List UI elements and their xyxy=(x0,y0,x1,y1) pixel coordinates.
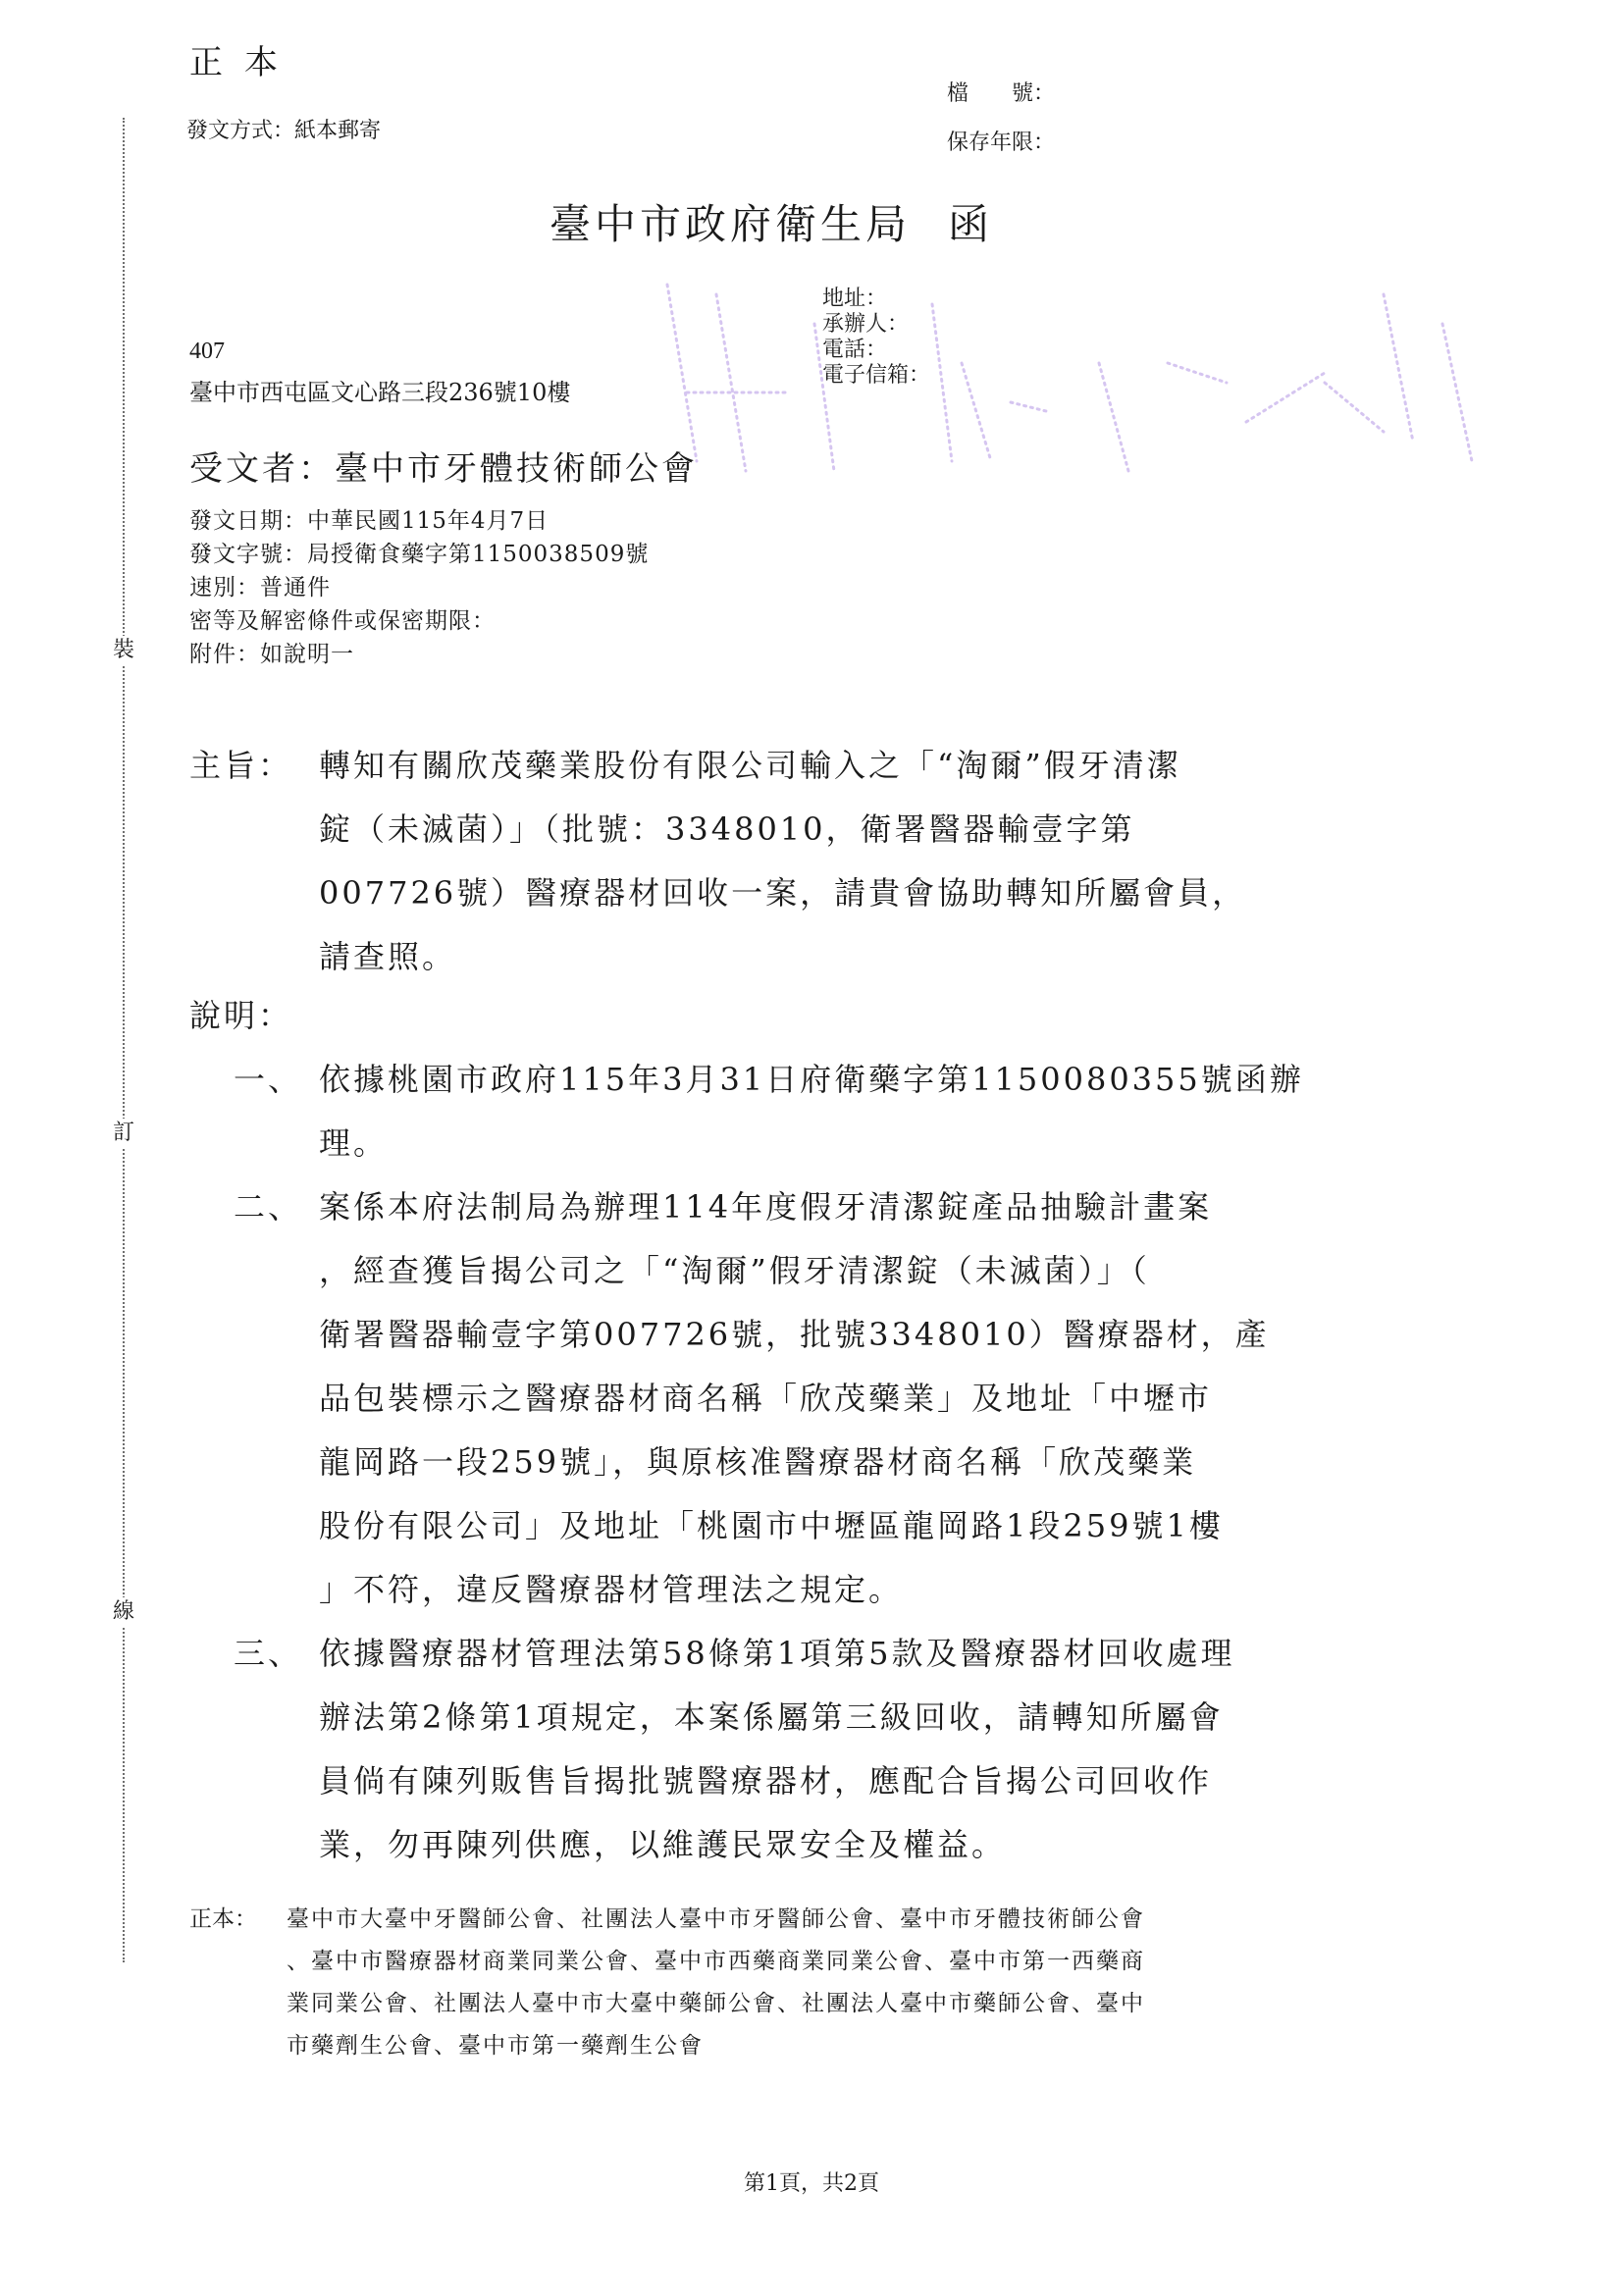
explanation-line: 員倘有陳列販售旨揭批號醫療器材，應配合旨揭公司回收作 xyxy=(319,1756,1212,1801)
explanation-line: 龍岡路一段259號」，與原核准醫療器材商名稱「欣茂藥業 xyxy=(319,1437,1196,1483)
contact-address-label: 地址： xyxy=(822,287,930,312)
issue-date: 發文日期：中華民國115年4月7日 xyxy=(189,504,649,538)
document-number: 發文字號：局授衛食藥字第1150038509號 xyxy=(189,538,649,571)
explanation-item-number: 二、 xyxy=(234,1182,302,1227)
explanation-line: 依據醫療器材管理法第58條第1項第5款及醫療器材回收處理 xyxy=(319,1629,1234,1674)
copy-mark: 正本 xyxy=(189,35,299,83)
binding-line xyxy=(123,118,125,1962)
explanation-line: 業，勿再陳列供應，以維護民眾安全及權益。 xyxy=(319,1820,1006,1865)
send-method: 發文方式：紙本郵寄 xyxy=(186,114,381,144)
binding-char-zhuang: 裝 xyxy=(109,636,138,665)
explanation-line: ，經查獲旨揭公司之「“淘爾”假牙清潔錠（未滅菌）」（ xyxy=(319,1246,1150,1291)
cc-line: 業同業公會、社團法人臺中市大臺中藥師公會、社團法人臺中市藥師公會、臺中 xyxy=(287,1985,1145,2017)
sender-zip: 407 xyxy=(189,339,225,365)
explanation-item-number: 三、 xyxy=(234,1629,302,1674)
explanation-line: 辦法第2條第1項規定，本案係屬第三級回收，請轉知所屬會 xyxy=(319,1693,1224,1738)
explanation-line: 品包裝標示之醫療器材商名稱「欣茂藥業」及地址「中壢市 xyxy=(319,1374,1212,1419)
subject-line: 007726號）醫療器材回收一案，請貴會協助轉知所屬會員， xyxy=(319,868,1246,913)
subject-line: 錠（未滅菌）」（批號：3348010，衛署醫器輸壹字第 xyxy=(319,805,1135,850)
page-number: 第1頁，共2頁 xyxy=(0,2166,1623,2197)
recipient: 受文者：臺中市牙體技術師公會 xyxy=(189,442,698,490)
subject-line: 請查照。 xyxy=(319,932,456,977)
explanation-label: 說明： xyxy=(189,991,292,1036)
cc-line: 、臺中市醫療器材商業同業公會、臺中市西藥商業同業公會、臺中市第一西藥商 xyxy=(287,1943,1145,1975)
attachment: 附件：如說明一 xyxy=(189,638,649,671)
retention-period-label: 保存年限： xyxy=(947,126,1055,156)
explanation-line: 」不符，違反醫療器材管理法之規定。 xyxy=(319,1565,903,1610)
archive-number-label: 檔 號： xyxy=(947,77,1055,107)
explanation-item-number: 一、 xyxy=(234,1055,302,1100)
contact-block: 地址： 承辦人： 電話： 電子信箱： xyxy=(822,287,930,389)
cc-line: 臺中市大臺中牙醫師公會、社團法人臺中市牙醫師公會、臺中市牙體技術師公會 xyxy=(287,1901,1145,1933)
explanation-line: 理。 xyxy=(319,1119,388,1164)
classification: 密等及解密條件或保密期限： xyxy=(189,604,649,638)
explanation-line: 依據桃園市政府115年3月31日府衛藥字第1150080355號函辦 xyxy=(319,1055,1304,1100)
subject-label: 主旨： xyxy=(189,741,292,786)
cc-label: 正本： xyxy=(189,1901,257,1933)
contact-email-label: 電子信箱： xyxy=(822,363,930,389)
document-meta: 發文日期：中華民國115年4月7日 發文字號：局授衛食藥字第1150038509… xyxy=(189,504,649,671)
explanation-line: 案係本府法制局為辦理114年度假牙清潔錠產品抽驗計畫案 xyxy=(319,1182,1212,1227)
received-stamp-icon xyxy=(638,265,1501,481)
document-type: 函 xyxy=(948,200,993,248)
sender-address: 臺中市西屯區文心路三段236號10樓 xyxy=(189,373,570,407)
binding-char-xian: 線 xyxy=(109,1597,138,1627)
cc-line: 市藥劑生公會、臺中市第一藥劑生公會 xyxy=(287,2027,704,2060)
explanation-line: 衛署醫器輸壹字第007726號，批號3348010）醫療器材，產 xyxy=(319,1310,1270,1355)
organization-name: 臺中市政府衛生局 xyxy=(550,200,911,248)
delivery-speed: 速別：普通件 xyxy=(189,571,649,604)
explanation-line: 股份有限公司」及地址「桃園市中壢區龍岡路1段259號1樓 xyxy=(319,1501,1224,1546)
contact-phone-label: 電話： xyxy=(822,338,930,363)
document-title: 臺中市政府衛生局函 xyxy=(550,192,993,251)
contact-handler-label: 承辦人： xyxy=(822,312,930,338)
subject-line: 轉知有關欣茂藥業股份有限公司輸入之「“淘爾”假牙清潔 xyxy=(319,741,1181,786)
binding-char-ding: 訂 xyxy=(109,1119,138,1148)
